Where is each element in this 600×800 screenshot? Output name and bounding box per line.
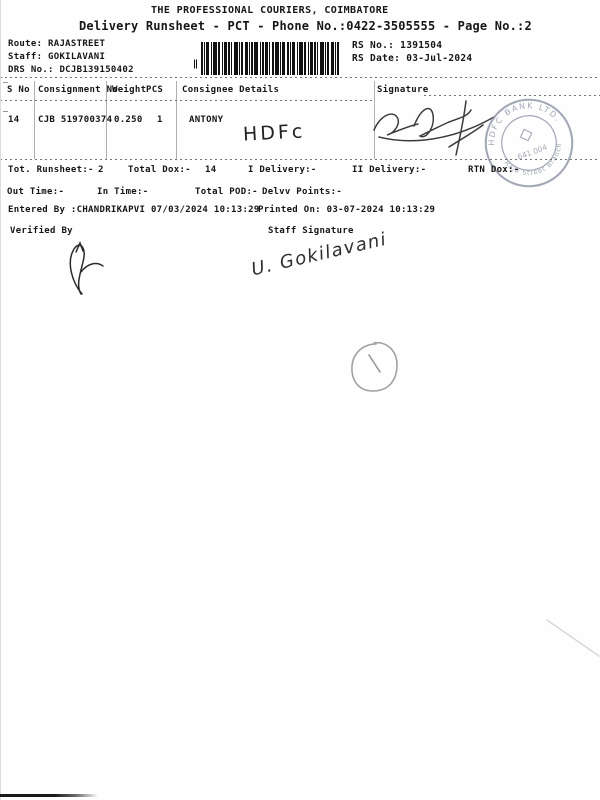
rs-date-label: RS Date:	[352, 53, 400, 64]
total-dox-label: Total Dox:-	[128, 165, 191, 176]
route-value: RAJASTREET	[48, 39, 105, 49]
staff-signature-label: Staff Signature	[268, 226, 354, 237]
col-header-weight: Weight	[112, 85, 146, 96]
runsheet-subtitle: Delivery Runsheet - PCT - Phone No.:0422…	[79, 19, 532, 34]
col-header-sno: S No	[7, 85, 30, 96]
drs-label: DRS No.:	[8, 65, 54, 75]
col-header-consignment: Consignment No	[38, 85, 118, 96]
verified-by-signature-scribble	[52, 240, 112, 298]
col-header-signature: Signature	[377, 85, 428, 96]
header-underline	[0, 100, 374, 101]
in-time-label: In Time:-	[97, 187, 148, 198]
runsheet-document: THE PROFESSIONAL COURIERS, COIMBATORE De…	[0, 0, 600, 800]
verified-by-label: Verified By	[10, 226, 73, 237]
printed-on-line: Printed On: 03-07-2024 10:13:29	[258, 205, 435, 216]
ii-delivery-label: II Delivery:-	[352, 165, 426, 176]
row-weight: 0.250	[114, 115, 143, 126]
rtn-dox-label: RTN Dox:-	[468, 165, 519, 176]
staff-label: Staff:	[8, 52, 42, 62]
feed-mark	[3, 82, 8, 83]
feed-mark	[3, 111, 8, 112]
total-dox-value: 14	[205, 165, 216, 176]
drs-value: DCJB139150402	[59, 65, 133, 75]
row-consignee: ANTONY	[189, 115, 223, 126]
row-consignment: CJB 519700374	[38, 115, 112, 126]
tot-runsheet-value: 2	[98, 165, 104, 176]
page-edge-bottom	[0, 794, 98, 797]
tot-runsheet-label: Tot. Runsheet:-	[8, 165, 94, 176]
staff-value: GOKILAVANI	[48, 52, 105, 62]
out-time-label: Out Time:-	[7, 187, 64, 198]
delvv-points-label: Delvv Points:-	[262, 187, 342, 198]
row-pcs: 1	[157, 115, 163, 126]
divider-top	[0, 77, 600, 78]
divider-table-bottom	[0, 159, 600, 160]
consignee-handwritten-note: HDFc	[242, 120, 305, 145]
col-header-consignee: Consignee Details	[182, 85, 279, 96]
route-label: Route:	[8, 39, 42, 49]
table-column-divider	[176, 81, 177, 159]
rs-no-line: RS No.: 1391504	[352, 40, 442, 52]
entered-by-line: Entered By :CHANDRIKAPVI 07/03/2024 10:1…	[8, 205, 260, 216]
rs-date-line: RS Date: 03-Jul-2024	[352, 53, 472, 65]
handdrawn-circle-mark	[347, 339, 401, 395]
table-column-divider	[34, 81, 35, 159]
rs-no-label: RS No.:	[352, 40, 394, 51]
i-delivery-label: I Delivery:-	[248, 165, 317, 176]
rs-date-value: 03-Jul-2024	[406, 53, 472, 64]
route-line: Route: RAJASTREET	[8, 39, 105, 50]
page-edge-left	[0, 0, 1, 800]
col-header-pcs: PCS	[146, 85, 163, 96]
company-title: THE PROFESSIONAL COURIERS, COIMBATORE	[151, 5, 389, 18]
scan-scratch-mark	[545, 618, 600, 658]
runsheet-barcode-icon	[193, 42, 339, 75]
row-sno: 14	[8, 115, 19, 126]
staff-line: Staff: GOKILAVANI	[8, 52, 105, 63]
rs-no-value: 1391504	[400, 40, 442, 51]
total-pod-label: Total POD:-	[195, 187, 258, 198]
drs-line: DRS No.: DCJB139150402	[8, 65, 134, 76]
